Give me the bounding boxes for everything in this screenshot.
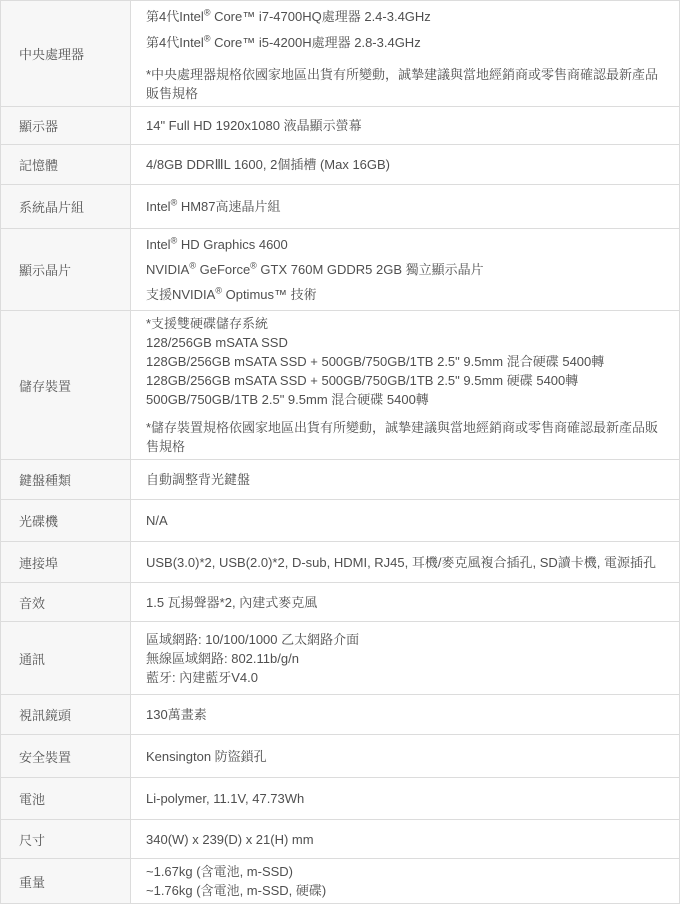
spec-label-dimensions: 尺寸 [1,820,131,859]
spec-value-comm: 區域網路: 10/100/1000 乙太網路介面無線區域網路: 802.11b/… [131,622,680,695]
spec-value-ports: USB(3.0)*2, USB(2.0)*2, D-sub, HDMI, RJ4… [131,542,680,583]
spec-row-odd: 光碟機N/A [1,500,680,542]
spec-value-line: N/A [146,511,667,530]
spec-table: 中央處理器第4代Intel® Core™ i7-4700HQ處理器 2.4-3.… [0,0,680,904]
spec-disclaimer-note: *中央處理器規格依國家地區出貨有所變動，誠摯建議與當地經銷商或零售商確認最新產品… [146,65,667,103]
spec-row-audio: 音效1.5 瓦揚聲器*2, 內建式麥克風 [1,583,680,622]
spec-label-comm: 通訊 [1,622,131,695]
spec-row-keyboard: 鍵盤種類自動調整背光鍵盤 [1,460,680,500]
spec-value-line: 1.5 瓦揚聲器*2, 內建式麥克風 [146,593,667,612]
spec-value-line: USB(3.0)*2, USB(2.0)*2, D-sub, HDMI, RJ4… [146,553,667,572]
spec-row-chipset: 系統晶片組Intel® HM87高速晶片組 [1,185,680,229]
spec-value-line: 128GB/256GB mSATA SSD + 500GB/750GB/1TB … [146,352,667,371]
spec-label-chipset: 系統晶片組 [1,185,131,229]
spec-row-dimensions: 尺寸340(W) x 239(D) x 21(H) mm [1,820,680,859]
spec-value-chipset: Intel® HM87高速晶片組 [131,185,680,229]
spec-row-display: 顯示器14" Full HD 1920x1080 液晶顯示螢幕 [1,107,680,145]
spec-value-line: 500GB/750GB/1TB 2.5" 9.5mm 混合硬碟 5400轉 [146,390,667,409]
spec-value-line: 340(W) x 239(D) x 21(H) mm [146,830,667,849]
spec-value-battery: Li-polymer, 11.1V, 47.73Wh [131,778,680,820]
spec-label-odd: 光碟機 [1,500,131,542]
spec-value-dimensions: 340(W) x 239(D) x 21(H) mm [131,820,680,859]
spec-row-memory: 記憶體4/8GB DDRⅢL 1600, 2個插槽 (Max 16GB) [1,145,680,185]
spec-label-cpu: 中央處理器 [1,1,131,107]
spec-value-line: 自動調整背光鍵盤 [146,470,667,489]
spec-value-memory: 4/8GB DDRⅢL 1600, 2個插槽 (Max 16GB) [131,145,680,185]
spec-value-line: Intel® HM87高速晶片組 [146,197,667,216]
spec-value-weight: ~1.67kg (含電池, m-SSD)~1.76kg (含電池, m-SSD,… [131,859,680,904]
spec-value-line: 128/256GB mSATA SSD [146,333,667,352]
spec-page: 中央處理器第4代Intel® Core™ i7-4700HQ處理器 2.4-3.… [0,0,680,904]
spec-value-security: Kensington 防盜鎖孔 [131,735,680,778]
spec-value-line: 區域網路: 10/100/1000 乙太網路介面 [146,630,667,649]
spec-label-storage: 儲存裝置 [1,311,131,460]
spec-value-line: ~1.67kg (含電池, m-SSD) [146,862,667,881]
spec-value-line: Kensington 防盜鎖孔 [146,747,667,766]
spec-row-weight: 重量~1.67kg (含電池, m-SSD)~1.76kg (含電池, m-SS… [1,859,680,904]
spec-row-cpu: 中央處理器第4代Intel® Core™ i7-4700HQ處理器 2.4-3.… [1,1,680,107]
spec-value-line: 4/8GB DDRⅢL 1600, 2個插槽 (Max 16GB) [146,155,667,174]
spec-label-display: 顯示器 [1,107,131,145]
spec-row-webcam: 視訊鏡頭130萬畫素 [1,695,680,735]
spec-value-gpu: Intel® HD Graphics 4600NVIDIA® GeForce® … [131,229,680,311]
spec-value-line: 藍牙: 內建藍牙V4.0 [146,668,667,687]
spec-label-webcam: 視訊鏡頭 [1,695,131,735]
spec-value-webcam: 130萬畫素 [131,695,680,735]
spec-label-gpu: 顯示晶片 [1,229,131,311]
spec-label-weight: 重量 [1,859,131,904]
spec-label-security: 安全裝置 [1,735,131,778]
spec-label-battery: 電池 [1,778,131,820]
spec-row-comm: 通訊區域網路: 10/100/1000 乙太網路介面無線區域網路: 802.11… [1,622,680,695]
spec-row-ports: 連接埠USB(3.0)*2, USB(2.0)*2, D-sub, HDMI, … [1,542,680,583]
spec-label-ports: 連接埠 [1,542,131,583]
spec-row-security: 安全裝置Kensington 防盜鎖孔 [1,735,680,778]
spec-value-storage: *支援雙硬碟儲存系統128/256GB mSATA SSD128GB/256GB… [131,311,680,460]
spec-label-keyboard: 鍵盤種類 [1,460,131,500]
spec-disclaimer-note: *儲存裝置規格依國家地區出貨有所變動，誠摯建議與當地經銷商或零售商確認最新產品販… [146,418,667,456]
spec-value-line: 支援NVIDIA® Optimus™ 技術 [146,282,667,307]
spec-value-line: 無線區域網路: 802.11b/g/n [146,649,667,668]
spec-value-line: 128GB/256GB mSATA SSD + 500GB/750GB/1TB … [146,371,667,390]
spec-value-cpu: 第4代Intel® Core™ i7-4700HQ處理器 2.4-3.4GHz第… [131,1,680,107]
spec-value-line: ~1.76kg (含電池, m-SSD, 硬碟) [146,881,667,900]
spec-value-odd: N/A [131,500,680,542]
spec-value-line: Li-polymer, 11.1V, 47.73Wh [146,789,667,808]
spec-value-line: Intel® HD Graphics 4600 [146,232,667,257]
spec-value-audio: 1.5 瓦揚聲器*2, 內建式麥克風 [131,583,680,622]
spec-value-line: 130萬畫素 [146,705,667,724]
spec-value-keyboard: 自動調整背光鍵盤 [131,460,680,500]
spec-row-storage: 儲存裝置*支援雙硬碟儲存系統128/256GB mSATA SSD128GB/2… [1,311,680,460]
spec-label-memory: 記憶體 [1,145,131,185]
spec-label-audio: 音效 [1,583,131,622]
spec-value-line: 14" Full HD 1920x1080 液晶顯示螢幕 [146,116,667,135]
spec-value-line: *支援雙硬碟儲存系統 [146,314,667,333]
spec-value-line: 第4代Intel® Core™ i5-4200H處理器 2.8-3.4GHz [146,30,667,56]
spec-value-line: 第4代Intel® Core™ i7-4700HQ處理器 2.4-3.4GHz [146,4,667,30]
spec-row-gpu: 顯示晶片Intel® HD Graphics 4600NVIDIA® GeFor… [1,229,680,311]
spec-value-display: 14" Full HD 1920x1080 液晶顯示螢幕 [131,107,680,145]
spec-value-line: NVIDIA® GeForce® GTX 760M GDDR5 2GB 獨立顯示… [146,257,667,282]
spec-row-battery: 電池Li-polymer, 11.1V, 47.73Wh [1,778,680,820]
